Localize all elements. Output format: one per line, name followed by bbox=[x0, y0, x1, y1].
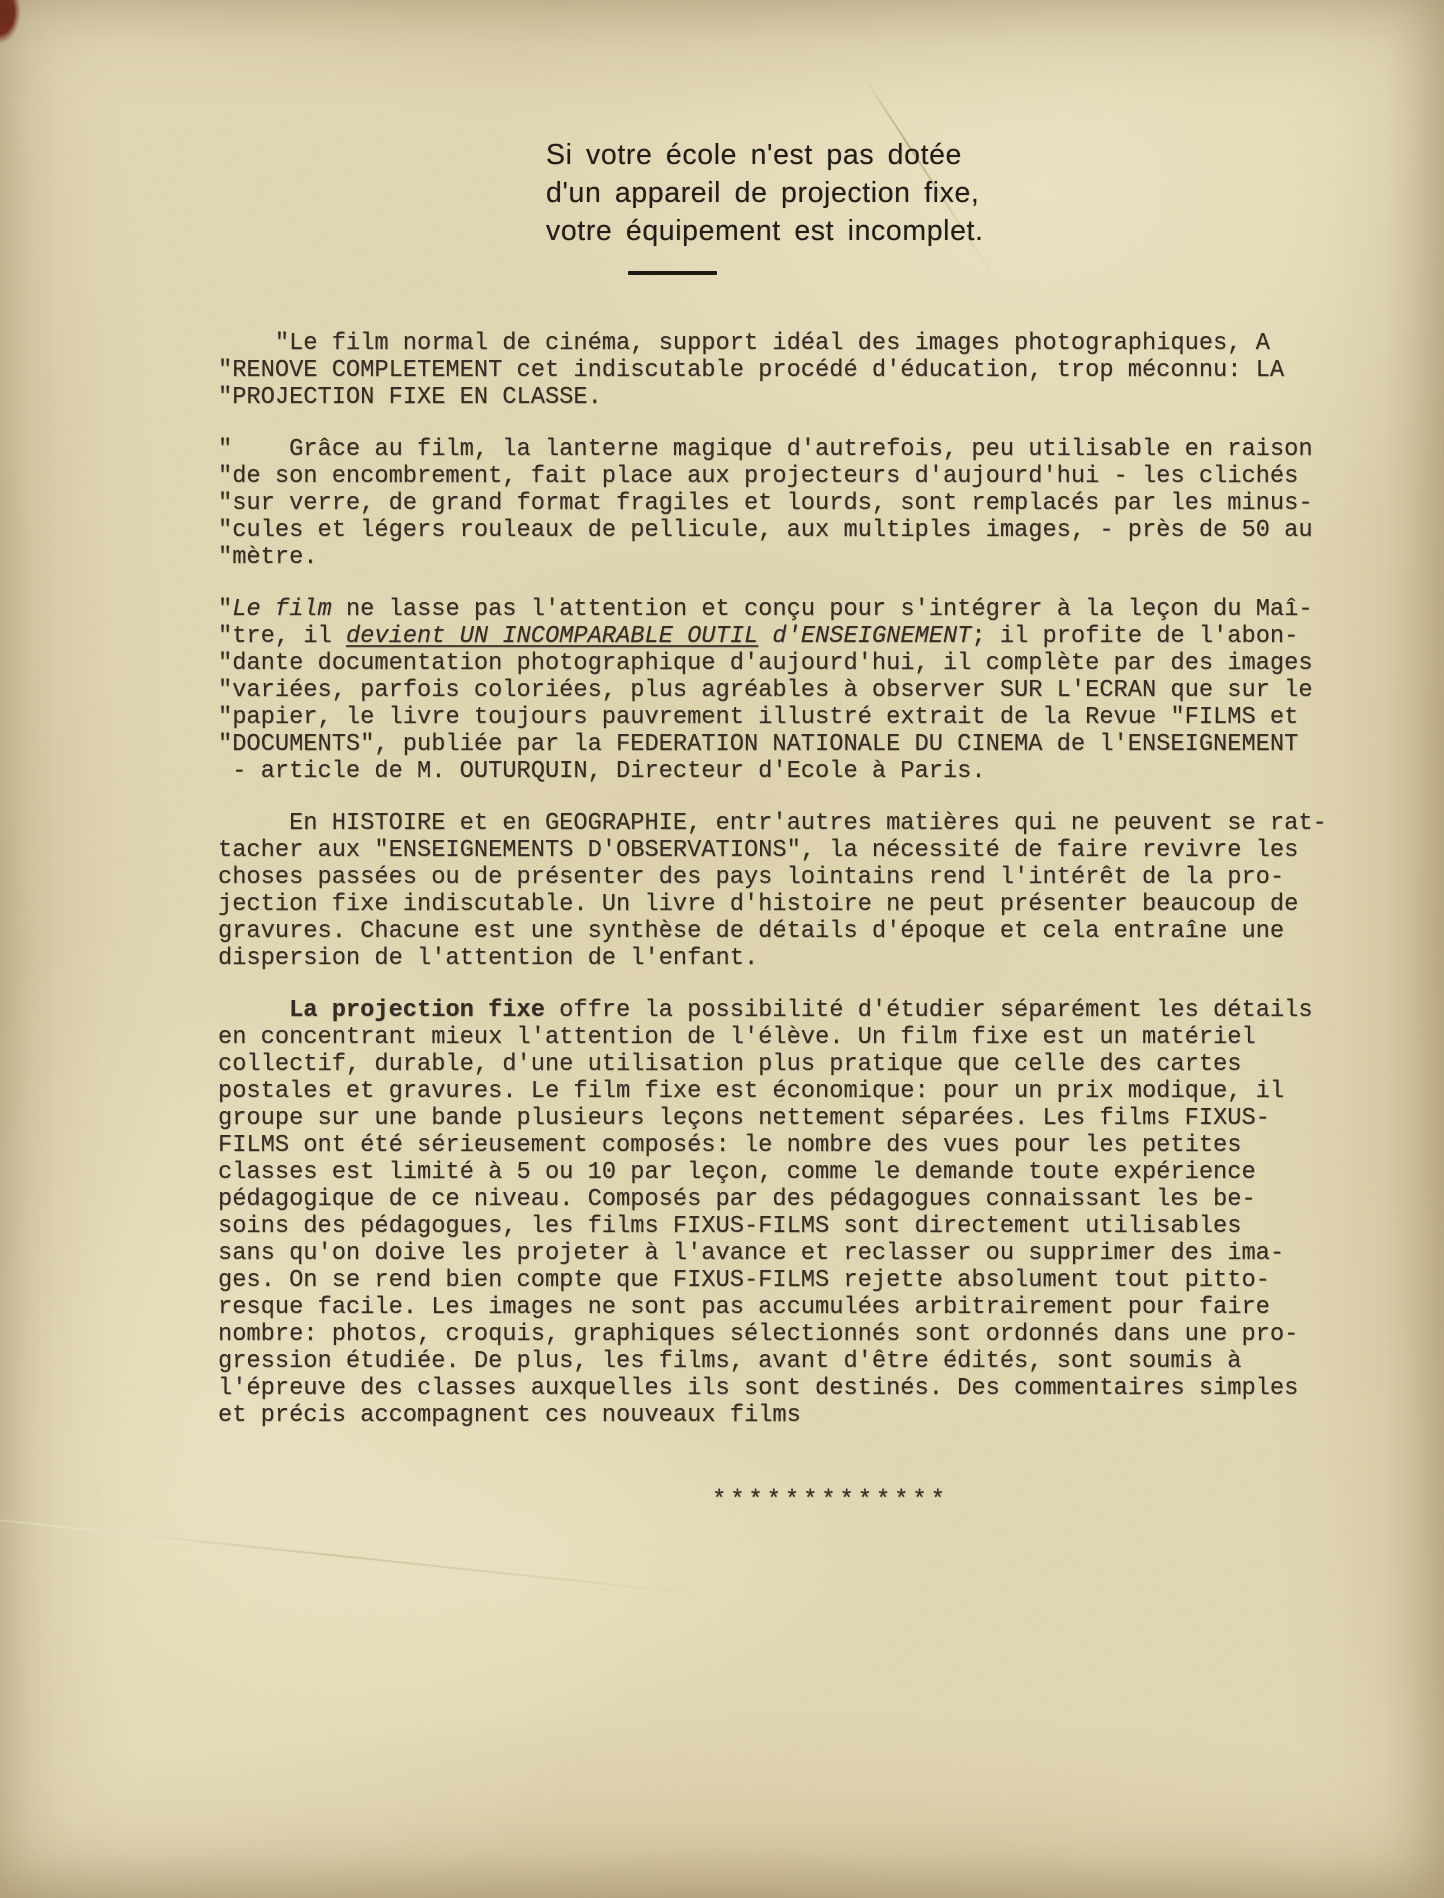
header-line-2: d'un appareil de projection fixe, bbox=[546, 174, 984, 212]
text-line: gression étudiée. De plus, les films, av… bbox=[218, 1348, 1327, 1375]
text-line: tacher aux "ENSEIGNEMENTS D'OBSERVATIONS… bbox=[218, 837, 1327, 864]
paragraph: "Le film ne lasse pas l'attention et con… bbox=[218, 596, 1327, 785]
text-line: - article de M. OUTURQUIN, Directeur d'E… bbox=[218, 758, 1327, 785]
text-line: nombre: photos, croquis, graphiques séle… bbox=[218, 1321, 1327, 1348]
text-line: "dante documentation photographique d'au… bbox=[218, 650, 1327, 677]
text-line: FILMS ont été sérieusement composés: le … bbox=[218, 1132, 1327, 1159]
paragraph: "Le film normal de cinéma, support idéal… bbox=[218, 330, 1327, 411]
text-line: "sur verre, de grand format fragiles et … bbox=[218, 490, 1327, 517]
text-line: classes est limité à 5 ou 10 par leçon, … bbox=[218, 1159, 1327, 1186]
text-line: en concentrant mieux l'attention de l'él… bbox=[218, 1024, 1327, 1051]
text-line: " Grâce au film, la lanterne magique d'a… bbox=[218, 436, 1327, 463]
text-line: postales et gravures. Le film fixe est é… bbox=[218, 1078, 1327, 1105]
header-underline-rule bbox=[628, 271, 717, 275]
text-line: ges. On se rend bien compte que FIXUS-FI… bbox=[218, 1267, 1327, 1294]
text-line: et précis accompagnent ces nouveaux film… bbox=[218, 1402, 1327, 1429]
text-line: "papier, le livre toujours pauvrement il… bbox=[218, 704, 1327, 731]
paragraph: " Grâce au film, la lanterne magique d'a… bbox=[218, 436, 1327, 571]
text-line: "RENOVE COMPLETEMENT cet indiscutable pr… bbox=[218, 357, 1327, 384]
document-body: "Le film normal de cinéma, support idéal… bbox=[218, 330, 1327, 1429]
text-line: choses passées ou de présenter des pays … bbox=[218, 864, 1327, 891]
text-line: dispersion de l'attention de l'enfant. bbox=[218, 945, 1327, 972]
text-line: "Le film ne lasse pas l'attention et con… bbox=[218, 596, 1327, 623]
text-line: jection fixe indiscutable. Un livre d'hi… bbox=[218, 891, 1327, 918]
text-line: l'épreuve des classes auxquelles ils son… bbox=[218, 1375, 1327, 1402]
text-line: "cules et légers rouleaux de pellicule, … bbox=[218, 517, 1327, 544]
paragraph: En HISTOIRE et en GEOGRAPHIE, entr'autre… bbox=[218, 810, 1327, 972]
text-line: "Le film normal de cinéma, support idéal… bbox=[218, 330, 1327, 357]
text-line: soins des pédagogues, les films FIXUS-FI… bbox=[218, 1213, 1327, 1240]
red-ink-stain bbox=[0, 0, 34, 52]
text-line: La projection fixe offre la possibilité … bbox=[218, 997, 1327, 1024]
text-line: "DOCUMENTS", publiée par la FEDERATION N… bbox=[218, 731, 1327, 758]
paragraph: La projection fixe offre la possibilité … bbox=[218, 997, 1327, 1429]
text-line: "tre, il devient UN INCOMPARABLE OUTIL d… bbox=[218, 623, 1327, 650]
text-line: collectif, durable, d'une utilisation pl… bbox=[218, 1051, 1327, 1078]
text-line: En HISTOIRE et en GEOGRAPHIE, entr'autre… bbox=[218, 810, 1327, 837]
printed-header: Si votre école n'est pas dotée d'un appa… bbox=[546, 136, 984, 250]
text-line: "de son encombrement, fait place aux pro… bbox=[218, 463, 1327, 490]
header-line-3: votre équipement est incomplet. bbox=[546, 212, 984, 250]
text-line: "variées, parfois coloriées, plus agréab… bbox=[218, 677, 1327, 704]
text-line: pédagogique de ce niveau. Composés par d… bbox=[218, 1186, 1327, 1213]
text-line: resque facile. Les images ne sont pas ac… bbox=[218, 1294, 1327, 1321]
text-line: sans qu'on doive les projeter à l'avance… bbox=[218, 1240, 1327, 1267]
text-line: "mètre. bbox=[218, 544, 1327, 571]
paper-crease bbox=[0, 1515, 718, 1596]
text-line: groupe sur une bande plusieurs leçons ne… bbox=[218, 1105, 1327, 1132]
text-line: gravures. Chacune est une synthèse de dé… bbox=[218, 918, 1327, 945]
scanned-document-page: Si votre école n'est pas dotée d'un appa… bbox=[0, 0, 1444, 1898]
header-line-1: Si votre école n'est pas dotée bbox=[546, 136, 984, 174]
text-line: "PROJECTION FIXE EN CLASSE. bbox=[218, 384, 1327, 411]
asterisk-divider: ************* bbox=[712, 1487, 949, 1514]
